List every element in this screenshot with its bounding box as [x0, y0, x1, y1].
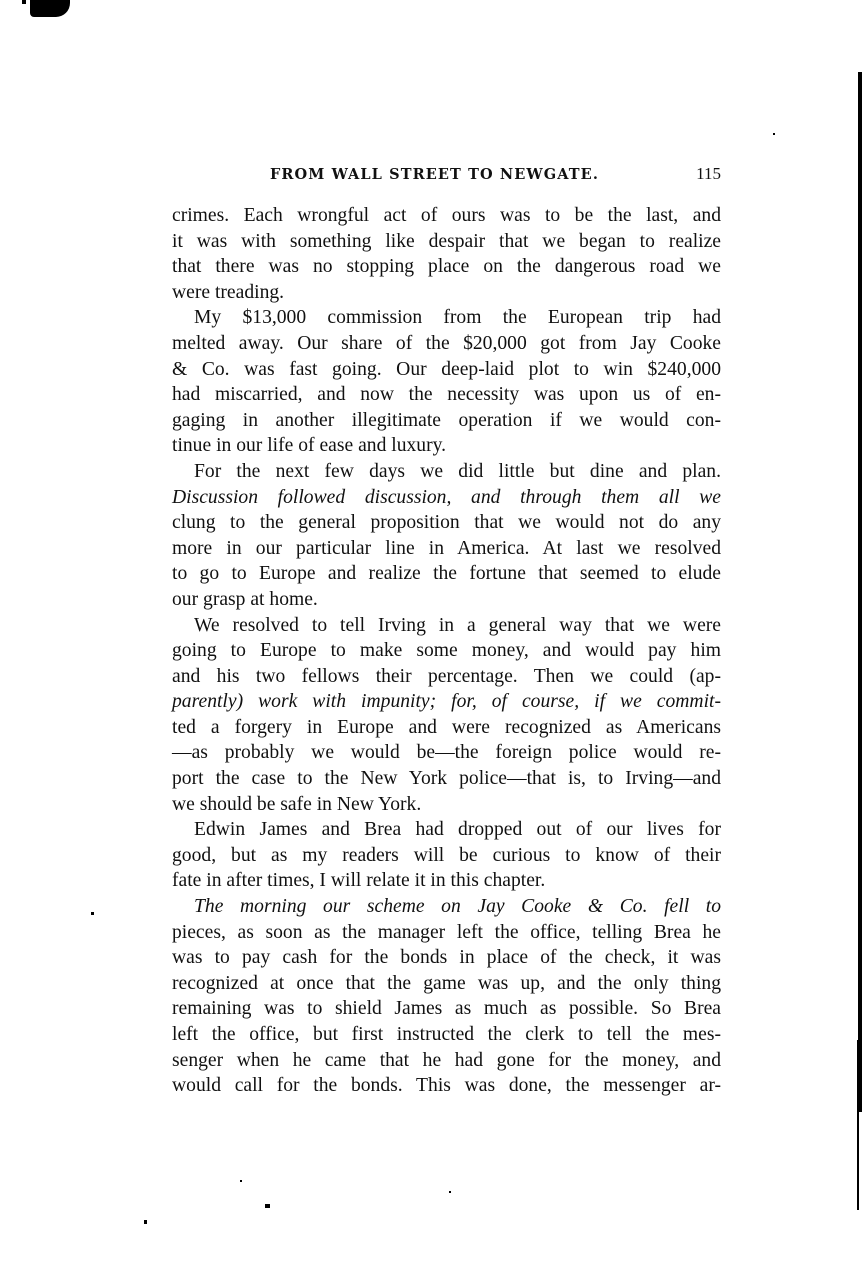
- text-line: For the next few days we did little but …: [172, 459, 721, 485]
- text-line: would call for the bonds. This was done,…: [172, 1073, 721, 1099]
- text-line: clung to the general proposition that we…: [172, 510, 721, 536]
- scan-artifact: [22, 0, 26, 4]
- text-line: melted away. Our share of the $20,000 go…: [172, 331, 721, 357]
- text-line: to go to Europe and realize the fortune …: [172, 561, 721, 587]
- text-line-italic: The morning our scheme on Jay Cooke & Co…: [172, 894, 721, 920]
- page-number: 115: [696, 164, 721, 184]
- text-line: it was with something like despair that …: [172, 229, 721, 255]
- text-line: and his two fellows their percentage. Th…: [172, 664, 721, 690]
- text-line: was to pay cash for the bonds in place o…: [172, 945, 721, 971]
- text-line: good, but as my readers will be curious …: [172, 843, 721, 869]
- body-text: crimes. Each wrongful act of ours was to…: [172, 203, 721, 1099]
- scan-artifact-corner-blot: [30, 0, 70, 17]
- running-head: FROM WALL STREET TO NEWGATE. 115: [270, 164, 721, 186]
- text-line: My $13,000 commission from the European …: [172, 305, 721, 331]
- text-line: our grasp at home.: [172, 587, 721, 613]
- text-line: We resolved to tell Irving in a general …: [172, 613, 721, 639]
- text-line-italic: parently) work with impunity; for, of co…: [172, 689, 721, 715]
- text-line-italic: Discussion followed discussion, and thro…: [172, 485, 721, 511]
- scan-speck: [265, 1204, 270, 1208]
- text-line: —as probably we would be—the foreign pol…: [172, 740, 721, 766]
- running-title: FROM WALL STREET TO NEWGATE.: [270, 166, 599, 183]
- text-line: we should be safe in New York.: [172, 792, 721, 818]
- text-line: Edwin James and Brea had dropped out of …: [172, 817, 721, 843]
- text-line: port the case to the New York police—tha…: [172, 766, 721, 792]
- scan-speck: [449, 1191, 451, 1193]
- page-edge-shadow: [858, 72, 862, 1112]
- text-line: going to Europe to make some money, and …: [172, 638, 721, 664]
- text-line: that there was no stopping place on the …: [172, 254, 721, 280]
- text-line: fate in after times, I will relate it in…: [172, 868, 721, 894]
- text-line: tinue in our life of ease and luxury.: [172, 433, 721, 459]
- text-line: gaging in another illegitimate operation…: [172, 408, 721, 434]
- text-line: recognized at once that the game was up,…: [172, 971, 721, 997]
- text-line: pieces, as soon as the manager left the …: [172, 920, 721, 946]
- scan-speck: [91, 912, 94, 915]
- text-line: ted a forgery in Europe and were recogni…: [172, 715, 721, 741]
- scan-speck: [773, 133, 775, 135]
- text-line: left the office, but first instructed th…: [172, 1022, 721, 1048]
- book-page: FROM WALL STREET TO NEWGATE. 115 crimes.…: [0, 0, 867, 1279]
- text-line: senger when he came that he had gone for…: [172, 1048, 721, 1074]
- text-line: remaining was to shield James as much as…: [172, 996, 721, 1022]
- text-line: & Co. was fast going. Our deep-laid plot…: [172, 357, 721, 383]
- page-edge-shadow-lower: [857, 1040, 859, 1210]
- text-line: crimes. Each wrongful act of ours was to…: [172, 203, 721, 229]
- scan-speck: [144, 1220, 147, 1224]
- text-line: more in our particular line in America. …: [172, 536, 721, 562]
- text-line: had miscarried, and now the necessity wa…: [172, 382, 721, 408]
- text-line: were treading.: [172, 280, 721, 306]
- scan-speck: [240, 1180, 242, 1182]
